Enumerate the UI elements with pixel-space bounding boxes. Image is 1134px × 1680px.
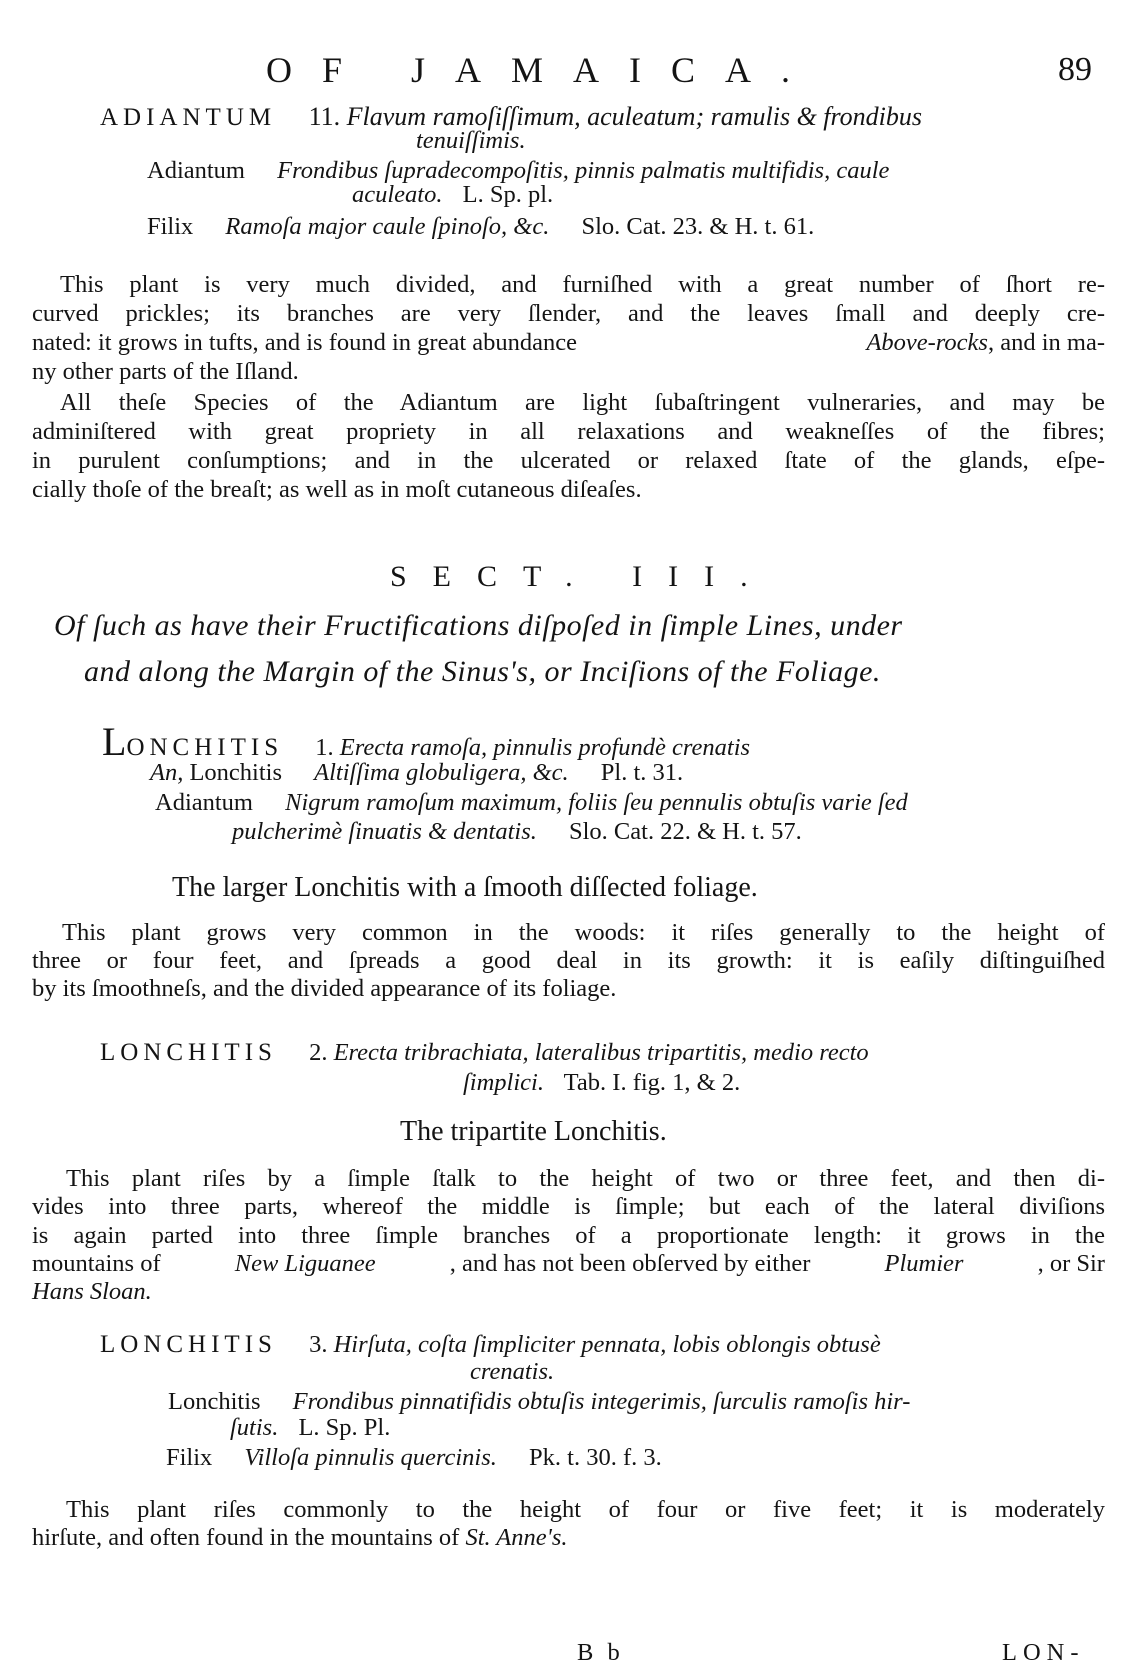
section-subtitle: Of ſuch as have their Fructifications di… [54, 606, 903, 646]
body-text: , and has not been obſerved by either [450, 1249, 811, 1279]
body-line: three or four feet, and ſpreads a good d… [32, 946, 1105, 976]
synonym-line: An, Lonchitis Altiſſima globuligera, &c.… [150, 758, 683, 788]
body-line: This plant is very much divided, and fur… [60, 270, 1105, 300]
body-text: hirſute, and often found in the mountain… [32, 1524, 459, 1551]
synonym-text: Ramoſa major caule ſpinoſo, &c. [225, 213, 549, 240]
genus-initial: L [102, 719, 126, 764]
body-line: by its ſmoothneſs, and the divided appea… [32, 974, 616, 1004]
genus-name: LONCHITIS [100, 1039, 277, 1066]
body-line: ny other parts of the Iſland. [32, 357, 299, 387]
species-number: 3. [309, 1331, 327, 1358]
lonchitis-3-entry-head: LONCHITIS 3. Hirſuta, coſta ſimpliciter … [100, 1330, 881, 1360]
synonym-line: Filix Ramoſa major caule ſpinoſo, &c. Sl… [147, 212, 814, 242]
body-line: All theſe Species of the Adiantum are li… [60, 388, 1105, 418]
diagnosis-continuation: tenuiſſimis. [416, 126, 526, 156]
section-title: SECT. III. [390, 557, 774, 597]
synonym-genus: Adiantum [155, 789, 253, 816]
catchword: LON- [1002, 1638, 1085, 1668]
synonym-genus: Filix [147, 213, 193, 240]
synonym-line: Adiantum Nigrum ramoſum maximum, foliis … [155, 788, 908, 818]
body-line: cially thoſe of the breaſt; as well as i… [32, 475, 642, 505]
synonym-continuation: ſutis. L. Sp. Pl. [230, 1413, 390, 1443]
body-text: , and in ma- [988, 329, 1105, 356]
diagnosis: Hirſuta, coſta ſimpliciter pennata, lobi… [334, 1331, 881, 1358]
synonym-text: Nigrum ramoſum maximum, foliis ſeu pennu… [285, 789, 908, 816]
genus-name: ADIANTUM [100, 104, 276, 131]
body-line: This plant riſes by a ſimple ſtalk to th… [66, 1164, 1105, 1194]
diagnosis: Erecta tribrachiata, lateralibus tripart… [334, 1039, 869, 1066]
synonym-genus: Filix [166, 1444, 212, 1471]
place-name: New Liguanee [235, 1249, 376, 1279]
place-name: Above-rocks [866, 329, 988, 356]
diagnosis: Erecta ramoſa, pinnulis profundè crenati… [340, 734, 750, 761]
synonym-continuation: pulcherimè ſinuatis & dentatis. Slo. Cat… [232, 817, 802, 847]
synonym-text: aculeato. [352, 181, 443, 208]
reference: Slo. Cat. 22. & H. t. 57. [569, 818, 802, 845]
reference: L. Sp. pl. [463, 181, 554, 208]
lonchitis-1-entry-head: LONCHITIS 1. Erecta ramoſa, pinnulis pro… [102, 722, 750, 762]
reference: Pl. t. 31. [601, 759, 683, 786]
body-line: hirſute, and often found in the mountain… [32, 1523, 568, 1553]
synonym-text: Frondibus pinnatifidis obtuſis integerim… [293, 1388, 911, 1415]
body-text: nated: it grows in tufts, and is found i… [32, 328, 577, 358]
reference: L. Sp. Pl. [298, 1414, 390, 1441]
genus-name: LONCHITIS [100, 1331, 277, 1358]
synonym-genus: Adiantum [147, 157, 245, 184]
body-line: adminiſtered with great propriety in all… [32, 417, 1105, 447]
body-line: is again parted into three ſimple branch… [32, 1221, 1105, 1251]
synonym-genus: Lonchitis [168, 1388, 261, 1415]
synonym-text: Villoſa pinnulis quercinis. [244, 1444, 496, 1471]
plate-reference: Tab. I. fig. 1, & 2. [564, 1069, 741, 1096]
body-line: curved prickles; its branches are very ſ… [32, 299, 1105, 329]
running-head: OF JAMAICA. [266, 48, 906, 92]
reference: Pk. t. 30. f. 3. [529, 1444, 662, 1471]
signature-mark: B b [577, 1638, 624, 1668]
synonym-prefix: An, [150, 759, 183, 786]
species-number: 1. [315, 734, 333, 761]
body-line: This plant riſes commonly to the height … [66, 1495, 1105, 1525]
body-line: in purulent conſumptions; and in the ulc… [32, 446, 1105, 476]
body-line: vides into three parts, whereof the midd… [32, 1192, 1105, 1222]
synonym-text: pulcherimè ſinuatis & dentatis. [232, 818, 537, 845]
body-text: , or Sir [1038, 1249, 1105, 1279]
body-text: mountains of [32, 1249, 161, 1279]
synonym-genus: Lonchitis [189, 759, 282, 786]
person-name: Hans Sloan. [32, 1277, 152, 1307]
person-name: Plumier [885, 1249, 964, 1279]
section-subtitle: and along the Margin of the Sinus's, or … [84, 652, 881, 692]
lonchitis-2-entry-head: LONCHITIS 2. Erecta tribrachiata, latera… [100, 1038, 869, 1068]
synonym-line: Filix Villoſa pinnulis quercinis. Pk. t.… [166, 1443, 662, 1473]
synonym-continuation: aculeato. L. Sp. pl. [352, 180, 553, 210]
species-number: 11. [309, 102, 341, 131]
body-text: Above-rocks, and in ma- [866, 328, 1105, 358]
body-line: This plant grows very common in the wood… [62, 918, 1105, 948]
body-line: nated: it grows in tufts, and is found i… [32, 328, 1105, 358]
diagnosis-continuation: crenatis. [470, 1357, 554, 1387]
page-number: 89 [1058, 48, 1092, 92]
english-name: The tripartite Lonchitis. [400, 1114, 667, 1150]
english-name: The larger Lonchitis with a ſmooth diſſe… [172, 870, 758, 906]
synonym-text: Altiſſima globuligera, &c. [314, 759, 569, 786]
reference: Slo. Cat. 23. & H. t. 61. [581, 213, 814, 240]
genus-name: ONCHITIS [126, 734, 283, 761]
place-name: St. Anne's. [465, 1524, 567, 1551]
diagnosis: ſimplici. [463, 1069, 544, 1096]
body-line: mountains of New Liguanee , and has not … [32, 1249, 1105, 1279]
diagnosis-continuation: ſimplici. Tab. I. fig. 1, & 2. [463, 1068, 740, 1098]
synonym-text: ſutis. [230, 1414, 278, 1441]
species-number: 2. [309, 1039, 327, 1066]
